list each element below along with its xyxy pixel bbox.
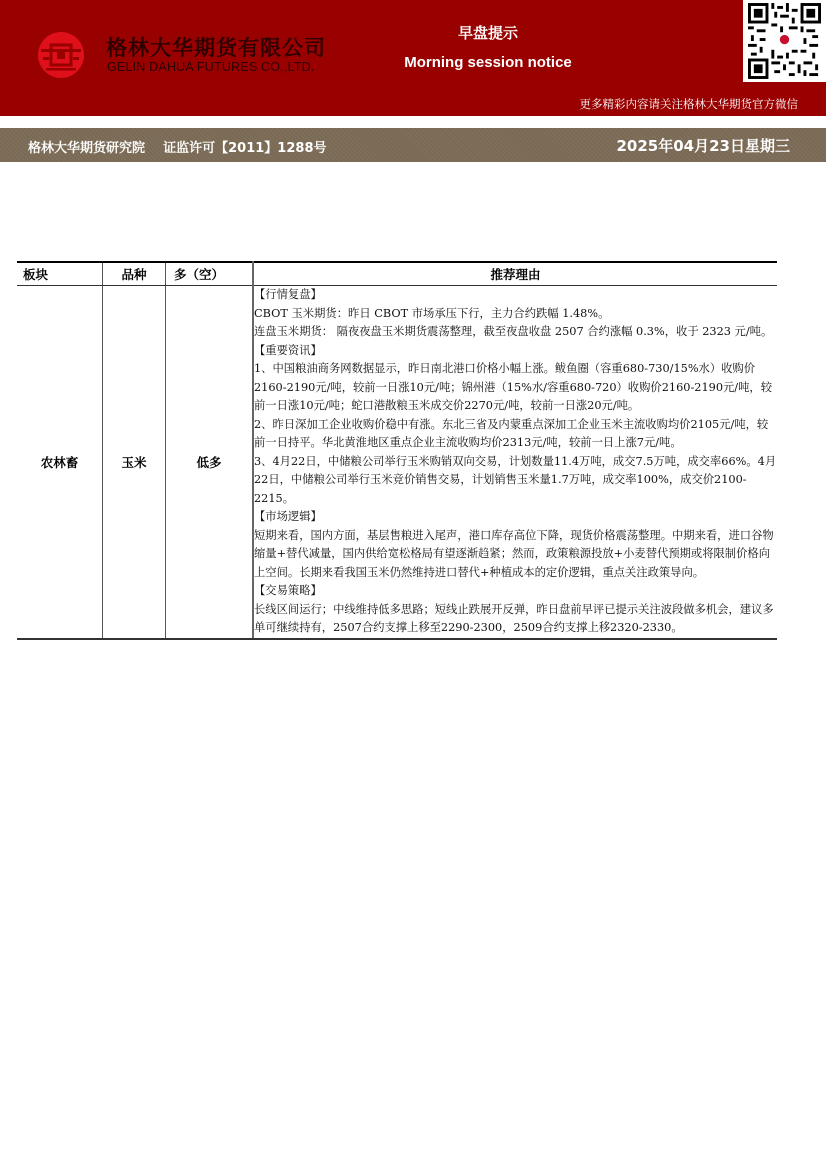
paragraph-logic: 短期来看，国内方面，基层售粮进入尾声，港口库存高位下降，现货价格震荡整理。中期来… bbox=[254, 527, 777, 583]
section-title-market-logic: 【市场逻辑】 bbox=[254, 508, 777, 527]
product-cell: 玉米 bbox=[103, 286, 166, 639]
company-name-en: GELIN DAHUA FUTURES CO.,LTD. bbox=[107, 60, 314, 74]
header-reason: 推荐理由 bbox=[253, 262, 777, 286]
company-name-cn: 格林大华期货有限公司 bbox=[106, 32, 326, 62]
institute-license: 格林大华期货研究院 证监许可【2011】1288号 bbox=[28, 137, 327, 156]
header-product: 品种 bbox=[103, 262, 166, 286]
paragraph-news-3: 3、4月22日，中储粮公司举行玉米购销双向交易，计划数量11.4万吨，成交7.5… bbox=[254, 453, 777, 509]
paragraph-dalian: 连盘玉米期货： 隔夜夜盘玉米期货震荡整理，截至夜盘收盘 2507 合约涨幅 0.… bbox=[254, 323, 777, 342]
reason-cell: 【行情复盘】 CBOT 玉米期货：昨日 CBOT 市场承压下行，主力合约跌幅 1… bbox=[253, 286, 777, 639]
paragraph-strategy: 长线区间运行；中线维持低多思路；短线止跌展开反弹，昨日盘前早评已提示关注波段做多… bbox=[254, 601, 777, 638]
sector-cell: 农林畜 bbox=[17, 286, 103, 639]
info-bar: 格林大华期货研究院 证监许可【2011】1288号 2025年04月23日星期三 bbox=[0, 128, 826, 162]
header-sector: 板块 bbox=[17, 262, 103, 286]
recommendation-table: 板块 品种 多（空） 推荐理由 农林畜 玉米 低多 【行情复盘】 CBOT 玉米… bbox=[17, 261, 777, 640]
license-number: 证监许可【2011】1288号 bbox=[163, 141, 326, 156]
table-row: 农林畜 玉米 低多 【行情复盘】 CBOT 玉米期货：昨日 CBOT 市场承压下… bbox=[17, 286, 777, 639]
paragraph-news-2: 2、昨日深加工企业收购价稳中有涨。东北三省及内蒙重点深加工企业玉米主流收购均价2… bbox=[254, 416, 777, 453]
section-title-strategy: 【交易策略】 bbox=[254, 582, 777, 601]
paragraph-news-1: 1、中国粮油商务网数据显示，昨日南北港口价格小幅上涨。鲅鱼圈（容重680-730… bbox=[254, 360, 777, 416]
report-title-cn: 早盘提示 bbox=[400, 22, 576, 43]
paragraph-cbot: CBOT 玉米期货：昨日 CBOT 市场承压下行，主力合约跌幅 1.48%。 bbox=[254, 305, 777, 324]
table-header-row: 板块 品种 多（空） 推荐理由 bbox=[17, 262, 777, 286]
report-date: 2025年04月23日星期三 bbox=[617, 135, 791, 156]
wechat-qr-code-icon bbox=[743, 0, 826, 82]
institute-name: 格林大华期货研究院 bbox=[28, 141, 145, 156]
report-title-en: Morning session notice bbox=[400, 54, 576, 71]
header-direction: 多（空） bbox=[166, 262, 254, 286]
company-logo-icon bbox=[34, 31, 88, 79]
wechat-follow-note: 更多精彩内容请关注格林大华期货官方微信 bbox=[580, 96, 799, 112]
direction-cell: 低多 bbox=[166, 286, 254, 639]
section-title-key-news: 【重要资讯】 bbox=[254, 342, 777, 361]
header-banner: 格林大华期货有限公司 GELIN DAHUA FUTURES CO.,LTD. … bbox=[0, 0, 826, 116]
section-title-market-review: 【行情复盘】 bbox=[254, 286, 777, 305]
